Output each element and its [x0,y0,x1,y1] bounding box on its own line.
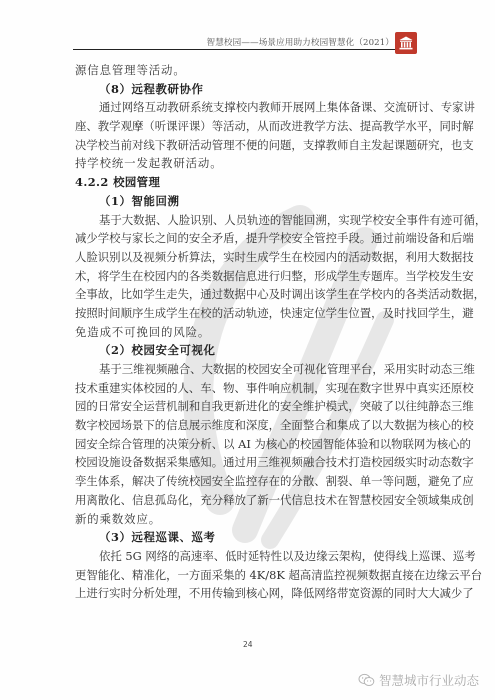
paragraph-line: 用离散化、信息孤岛化，充分释放了新一代信息技术在智慧校园安全领域集成创 [75,491,422,510]
paragraph-line: 上进行实时分析处理，不用传输到核心网，降低网络带宽资源的同时大大减少了 [75,584,422,603]
subsection-heading-smart-traceback: （1）智能回溯 [75,192,422,211]
wechat-account-name: 智慧城市行业动态 [379,671,479,689]
paragraph-line: 依托 5G 网络的高速率、低时延特性以及边缘云架构，使得线上巡课、巡考 [75,547,422,566]
paragraph-line: 持学校统一发起教研活动。 [75,154,422,173]
paragraph-line: 校园设施设备数据采集感知。通过用三维视频融合技术打造校园级实时动态数字 [75,453,422,472]
wechat-icon [358,673,375,687]
paragraph-line: 座、教学观摩（听课评课）等活动，从而改进教学方法、提高教学水平，同时解 [75,117,422,136]
paragraph-line: 基于大数据、人脸识别、人员轨迹的智能回溯，实现学校安全事件有迹可循， [75,211,422,230]
page-number: 24 [243,640,253,649]
classical-building-icon [395,32,417,54]
paragraph-line: 减少学校与家长之间的安全矛盾，提升学校安全管控手段。通过前端设备和后端 [75,229,422,248]
paragraph-line: 免造成不可挽回的风险。 [75,323,422,342]
paragraph-line: 通过网络互动教研系统支撑校内教师开展网上集体备课、交流研讨、专家讲 [75,98,422,117]
paragraph-line: 按照时间顺序生成学生在校的活动轨迹，快速定位学生位置，及时找回学生，避 [75,304,422,323]
paragraph-line: 决学校当前对线下教研活动管理不便的问题，支撑教师自主发起课题研究，也支 [75,136,422,155]
paragraph-line: 源信息管理等活动。 [75,61,422,80]
running-header-title: 智慧校园——场景应用助力校园智慧化（2021） [207,36,394,48]
subsection-heading-campus-safety-visualization: （2）校园安全可视化 [75,341,422,360]
paragraph-line: 新的乘数效应。 [75,510,422,529]
paragraph-line: 园安全综合管理的决策分析、以 AI 为核心的校园智能体验和以物联网为核心的 [75,435,422,454]
header-divider [73,49,395,50]
section-heading-campus-management: 4.2.2 校园管理 [75,173,422,192]
paragraph-line: 数字校园场景下的信息展示维度和深度，全面整合和集成了以大数据为核心的校 [75,416,422,435]
document-body: 源信息管理等活动。 （8）远程教研协作 通过网络互动教研系统支撑校内教师开展网上… [75,61,422,603]
paragraph-line: 术，将学生在校园内的各类数据信息进行归整，形成学生专题库。当学校发生安 [75,267,422,286]
paragraph-line: 园的日常安全运营机制和自我更新进化的安全维护模式，突破了以往纯静态三维 [75,397,422,416]
paragraph-line: 基于三维视频融合、大数据的校园安全可视化管理平台，采用实时动态三维 [75,360,422,379]
document-page: 智慧校园——场景应用助力校园智慧化（2021） 源信息管理等活动。 （8）远程教… [0,0,495,700]
subsection-heading-remote-patrol: （3）远程巡课、巡考 [75,528,422,547]
paragraph-line: 技术重建实体校园的人、车、物、事件响应机制，实现在数字世界中真实还原校 [75,379,422,398]
subsection-heading-remote-teaching-research: （8）远程教研协作 [75,80,422,99]
paragraph-line: 全事故，比如学生走失，通过数据中心及时调出该学生在学校内的各类活动数据， [75,285,422,304]
paragraph-line: 更智能化、精准化，一方面采集的 4K/8K 超高清监控视频数据直接在边缘云平台 [75,566,422,585]
paragraph-line: 孪生体系，解决了传统校园安全监控存在的分散、割裂、单一等问题，避免了应 [75,472,422,491]
wechat-source-watermark: 智慧城市行业动态 [358,671,479,689]
paragraph-line: 人脸识别以及视频分析算法，实时生成学生在校园内的活动数据，利用大数据技 [75,248,422,267]
